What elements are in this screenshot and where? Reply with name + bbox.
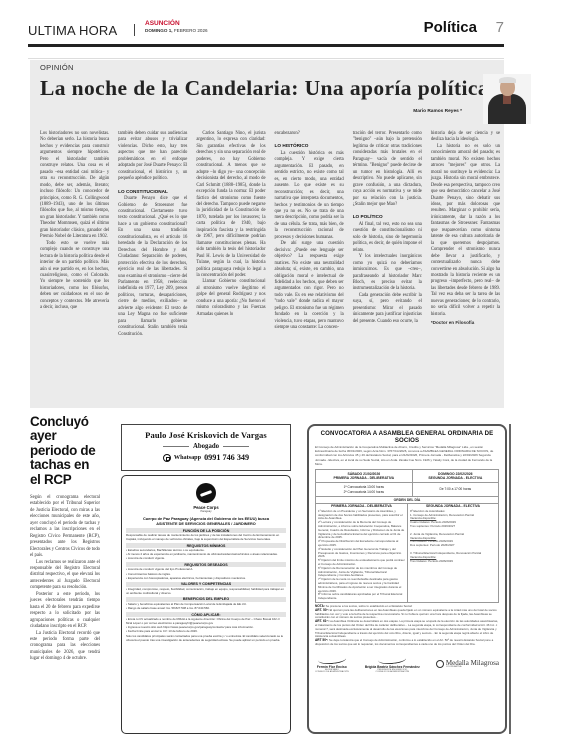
paragraph: Llamar Gobierno constitucional al stroni…: [196, 279, 265, 318]
peace-corps-dove-icon: [196, 483, 216, 503]
day1-date: SÁBADO 21/02/2026: [347, 472, 380, 476]
article-column-5: tración del terror. Presentarlo como "be…: [353, 131, 422, 338]
article-kicker: OPINIÓN: [40, 63, 74, 72]
signatory-body: CONSEJO DE ADMINISTRACIÓN: [315, 671, 349, 673]
agenda-header: ORDEN DEL DÍA: [316, 497, 499, 504]
section-text: Solo los candidatos principales serán co…: [126, 634, 286, 642]
opinion-article: OPINIÓN La noche de la Candelaria: Una a…: [30, 60, 504, 408]
schedule-table: SÁBADO 21/02/2026PRIMERA JORNADA - DELIB…: [315, 469, 499, 504]
author-credential: *Doctor en Filosofía: [431, 320, 500, 326]
paragraph: La historia no es solo un conocimiento a…: [431, 144, 500, 318]
article-column-4: encabezaron? LO HISTÓRICO La cuestión hi…: [275, 131, 344, 338]
medal-icon: [436, 660, 444, 668]
note-text: La Asamblea Ordinaria se desarrollará en…: [315, 619, 498, 638]
notice-title: CONVOCATORIA A ASAMBLEA GENERAL ORDINARI…: [315, 430, 499, 444]
paragraph: Posterior a este periodo, los jueces ele…: [30, 592, 100, 631]
photo-hair: [499, 77, 516, 83]
subheading-constitucional: LO CONSTITUCIONAL: [118, 189, 187, 195]
news-brief: Concluyó ayer periodo de tachas en el RC…: [30, 415, 100, 663]
cooperative-logo: Medalla Milagrosa COOPERATIVA: [436, 660, 499, 668]
rule-left: [163, 446, 189, 447]
paragraph: también deben cuidar sus audiencias para…: [118, 131, 187, 183]
note-text: El quórum para las deliberaciones en las…: [315, 608, 497, 620]
article-column-3: Carlos Santiago Nino, el jurista argenti…: [196, 131, 265, 338]
paragraph: tración del terror. Presentarlo como "be…: [353, 131, 422, 208]
article-headline: La noche de la Candelaria: Una aporía po…: [40, 76, 489, 101]
newspaper-brand: ULTIMA HORA: [28, 23, 117, 38]
divider: [28, 58, 504, 59]
statute-notes: NOTA: Se previene a los socios, sobre lo…: [315, 605, 499, 647]
agenda-item: Tres titulares: Período 2026/2029: [410, 560, 496, 564]
job-title: ASISTENTE DE SERVICIOS GENERALES / JARDI…: [126, 522, 286, 526]
page-number: 7: [496, 19, 504, 36]
article-column-2: también deben cuidar sus audiencias para…: [118, 131, 187, 338]
section-text: • Integridad, compromiso, respeto, flexi…: [126, 587, 286, 595]
adjacent-ad-edge: [509, 424, 513, 734]
peace-corps-country: Paraguay: [126, 510, 286, 513]
job-intro: Cuerpo de Paz Paraguay (Agencia del Gobi…: [126, 516, 286, 521]
day2-header: DOMINGO 22/02/2026SEGUNDA JORNADA - ELEC…: [412, 470, 498, 483]
paragraph: Todo esto se vuelve más complejo cuando …: [40, 241, 109, 312]
signature-scribble-icon: [315, 650, 349, 664]
article-column-6: historia deja de ser ciencia y se desliz…: [431, 131, 500, 338]
day1-header: SÁBADO 21/02/2026PRIMERA JORNADA - DELIB…: [316, 470, 413, 483]
lawyer-role-row: Abogado: [122, 443, 290, 450]
masthead: ULTIMA HORA ASUNCIÓN DOMINGO 1, FEBRERO …: [28, 14, 504, 48]
subheading-historico: LO HISTÓRICO: [275, 143, 344, 149]
paragraph: Los reclamos se realizaron ante el respo…: [30, 560, 100, 592]
paragraph: Según el cronograma electoral establecid…: [30, 495, 100, 560]
section-text: • Rango de salario base anual: Gs. 58.82…: [126, 606, 286, 610]
note: ART. 61º: La Asamblea Ordinaria se desar…: [315, 620, 499, 639]
paragraph: historia deja de ser ciencia y se desliz…: [431, 131, 500, 144]
signatures: Fermín Flor Enciso SECRETARIO CONSEJO DE…: [315, 650, 499, 673]
paragraph: encabezaron?: [275, 131, 344, 137]
agenda-first-session: PRIMERA JORNADA - DELIBERATIVA 1º Elecci…: [316, 504, 407, 602]
whatsapp-icon: [163, 454, 171, 462]
assembly-notice-ad: CONVOCATORIA A ASAMBLEA GENERAL ORDINARI…: [307, 424, 507, 734]
paragraph: Duarte Penayo dice que el Gobierno de St…: [118, 196, 187, 338]
masthead-divider: [134, 24, 135, 36]
peace-corps-job-ad: Peace Corps Paraguay Cuerpo de Paz Parag…: [121, 475, 291, 734]
news-headline: Concluyó ayer periodo de tachas en el RC…: [30, 415, 100, 487]
lawyer-role: Abogado: [193, 443, 219, 450]
whatsapp-contact: Whatsapp 0991 746 349: [122, 453, 290, 462]
day2-session: SEGUNDA JORNADA - ELECTIVA: [428, 476, 482, 480]
paragraph: Cada generación debe escribir la suya, s…: [353, 293, 422, 325]
note: ART 50º: Se deja constancia que el Conse…: [315, 639, 499, 647]
lawyer-ad: Paulo José Kriskovich de Vargas Abogado …: [121, 424, 291, 471]
date-day: DOMINGO 1,: [145, 28, 173, 33]
day2-date: DOMINGO 22/02/2026: [438, 472, 473, 476]
paragraph: Los historiadores no son novelistas. No …: [40, 131, 109, 241]
section-text: • Experiencia con fotocopiadoras, aparat…: [126, 576, 286, 580]
date-rest: FEBRERO 2026: [173, 28, 208, 33]
paragraph: La Justicia Electoral recordó que este p…: [30, 631, 100, 663]
section-text: • Licencia de conducir vigente.: [126, 556, 286, 560]
notice-intro: El Consejo de Administración de la Coope…: [315, 445, 499, 466]
agenda-second-session: SEGUNDA JORNADA - ELECTIVA 9º Elección d…: [407, 504, 498, 602]
paragraph: La cuestión histórica es más compleja. Y…: [275, 151, 344, 241]
section-text: Responsable de realizar tareas de manten…: [126, 533, 286, 541]
article-byline: Mario Ramos Reyes *: [413, 109, 462, 114]
whatsapp-label: Whatsapp: [174, 454, 201, 461]
dateline-city: ASUNCIÓN: [145, 20, 180, 27]
lawyer-name: Paulo José Kriskovich de Vargas: [122, 430, 290, 440]
cooperative-wordmark: Medalla Milagrosa COOPERATIVA: [446, 660, 499, 668]
agenda-item: 2º Lectura y consideración de la Memoria…: [318, 521, 405, 540]
masthead-rule: [28, 44, 504, 47]
phone-number: 0991 746 349: [204, 453, 249, 462]
article-columns: Los historiadores no son novelistas. No …: [40, 131, 500, 338]
signature-president: Brígida Beatriz Sánchez Fernández PRESID…: [365, 650, 420, 673]
paragraph: De ahí surge una cuestión decisiva: ¿Pue…: [275, 241, 344, 331]
subheading-politico: LO POLÍTICO: [353, 214, 422, 220]
day1-session: PRIMERA JORNADA - DELIBERATIVA: [333, 476, 394, 480]
news-body: Según el cronograma electoral establecid…: [30, 495, 100, 663]
day2-times: De 7:00 a 17:00 horas: [412, 483, 498, 497]
signature-secretary: Fermín Flor Enciso SECRETARIO CONSEJO DE…: [315, 650, 349, 673]
agenda-item: 7º Fijación de la cuota no reembolsable …: [318, 578, 405, 593]
cooperative-name: Medalla Milagrosa: [446, 660, 499, 666]
agenda: PRIMERA JORNADA - DELIBERATIVA 1º Elecci…: [315, 504, 499, 603]
section-text: • Envía tu CV actualizado a nombre de RR…: [126, 617, 286, 625]
rule-right: [223, 446, 249, 447]
second-call: 2ª Convocatoria 14:00 horas: [344, 490, 384, 494]
signatory-body: CONSEJO DE ADMINISTRACIÓN: [365, 671, 420, 673]
author-photo: [483, 74, 531, 124]
section-title: Política: [424, 19, 477, 36]
day1-times: 1ª Convocatoria 13:00 horas2ª Convocator…: [316, 483, 413, 497]
paragraph: Al final, tal vez, esto no sea una cuest…: [353, 222, 422, 254]
paragraph: Carlos Santiago Nino, el jurista argenti…: [196, 131, 265, 279]
article-column-1: Los historiadores no son novelistas. No …: [40, 131, 109, 338]
dateline-date: DOMINGO 1, FEBRERO 2026: [145, 28, 208, 33]
paragraph: Y los intelectuales inorgánicos como yo …: [353, 254, 422, 293]
agenda-item: 8º Informe sobre candidaturas aprobadas …: [318, 593, 405, 601]
note-text: Se deja constancia que el Consejo de Adm…: [315, 638, 493, 646]
signature-scribble-icon: [365, 650, 420, 664]
